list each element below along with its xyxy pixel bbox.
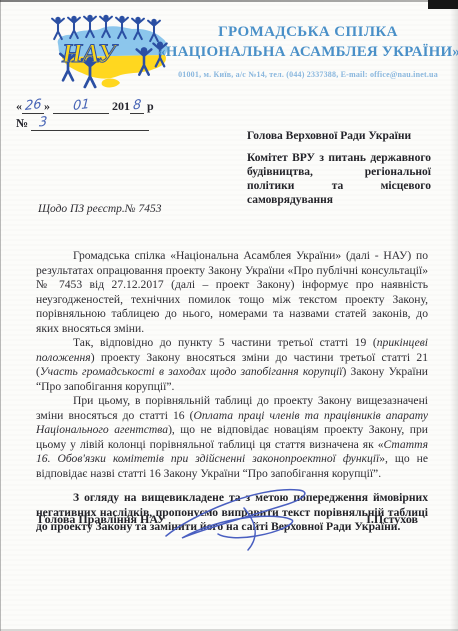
letterhead: ГРОМАДСЬКА СПІЛКА «НАЦІОНАЛЬНА АСАМБЛЕЯ … — [158, 24, 458, 79]
handwritten-day: 26 — [24, 97, 41, 114]
body-paragraph-2: Так, відповідно до пункту 5 частини трет… — [36, 336, 428, 394]
logo-text: НАУ — [61, 39, 119, 68]
recipient-line1: Голова Верховної Ради України — [247, 129, 431, 143]
recipient-line2: Комітет ВРУ з питань державного будівниц… — [247, 151, 431, 207]
body-paragraph-1: Громадська спілка «Національна Асамблея … — [36, 249, 428, 336]
scan-edge-top — [0, 0, 458, 2]
closing-row: Голова Правління НАУ І.Пстухов — [38, 512, 418, 527]
body-paragraph-3: При цьому, в порівняльній таблиці до про… — [36, 394, 428, 481]
close-quote: » — [44, 99, 50, 113]
signer-title: Голова Правління НАУ — [38, 512, 166, 527]
recipient-block: Голова Верховної Ради України Комітет ВР… — [247, 129, 431, 207]
year-printed: 201 — [112, 99, 130, 113]
number-line: № 3 — [16, 115, 149, 131]
contact-line: 01001, м. Київ, а/с №14, тел. (044) 2337… — [158, 70, 458, 79]
letter-page: НАУ ГРОМАДСЬКА СПІЛКА «НАЦІОНАЛЬНА АСАМБ… — [0, 0, 458, 631]
year-suffix: р — [147, 99, 154, 113]
text-segment: Так, відповідно до пункту 5 частини трет… — [73, 336, 377, 349]
nau-logo: НАУ — [48, 14, 176, 96]
handwritten-number: 3 — [39, 114, 48, 130]
subject-line: Щодо ПЗ реєстр.№ 7453 — [38, 203, 162, 215]
org-name-line2: «НАЦІОНАЛЬНА АСАМБЛЕЯ УКРАЇНИ» — [158, 44, 458, 61]
scan-corner-mark — [428, 0, 458, 9]
handwritten-month: 01 — [72, 97, 89, 114]
text-segment-italic: Участь громадськості в заходах щодо запо… — [40, 365, 343, 378]
handwritten-year-digit: 8 — [132, 97, 141, 113]
signer-name: І.Пстухов — [366, 512, 418, 527]
scan-edge-left — [0, 0, 1, 631]
org-name-line1: ГРОМАДСЬКА СПІЛКА — [158, 24, 458, 41]
number-label: № — [16, 116, 28, 130]
scan-edge-right — [450, 0, 458, 631]
date-line: «26» 01 2018 р — [16, 98, 154, 114]
